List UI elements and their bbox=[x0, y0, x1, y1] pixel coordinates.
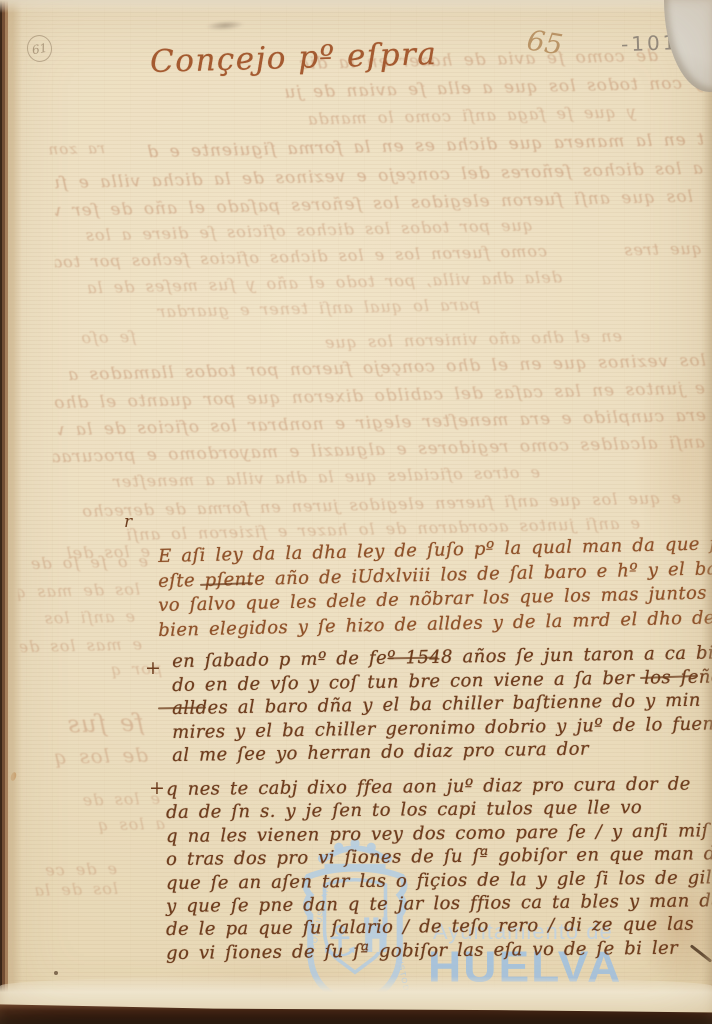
bleedthrough-line: y con todos los que a ella ſe avian de j… bbox=[283, 73, 703, 103]
bleedthrough-line: dela dha villa, por todo el año y ſus me… bbox=[80, 268, 562, 298]
bleedthrough-line: ſe oſo bbox=[52, 327, 136, 348]
intro-paragraph-line: bien elegidos y ſe hizo de alldes y de l… bbox=[158, 603, 712, 640]
bleedthrough-line: e los de bbox=[60, 789, 160, 810]
ink-dot-bottom-left bbox=[54, 971, 58, 975]
paragraph-marker: + bbox=[149, 777, 165, 799]
folio-number-circled: 61 bbox=[25, 33, 54, 64]
bleedthrough-line: e los del bbox=[38, 542, 150, 564]
bleedthrough-line: fe ſus bbox=[26, 709, 145, 740]
bleedthrough-line: los de la q bbox=[22, 879, 118, 900]
bleedthrough-line: de los q bbox=[30, 743, 149, 770]
stain-bottom-center bbox=[120, 930, 450, 1010]
folio-number-ink: 65 bbox=[525, 23, 565, 61]
manuscript-page: de como ſe avia de hazer en la dicha vil… bbox=[0, 0, 712, 1024]
page-edge-top bbox=[0, 0, 712, 13]
folio-circled-value: 61 bbox=[31, 40, 48, 56]
watermark-huelva-text: HUELVA bbox=[428, 941, 622, 992]
entry-1548-paragraph-line: do en de vſo y coſ tun bre con viene a ſ… bbox=[172, 665, 712, 695]
bleedthrough-line: que tres bbox=[598, 239, 702, 260]
ink-overline-1 bbox=[200, 582, 252, 586]
ink-strikethrough-1 bbox=[158, 707, 206, 710]
manuscript-heading: Conçejo pº eſpra bbox=[150, 36, 438, 80]
binding-edge-left bbox=[0, 0, 22, 1024]
bleedthrough-line: e de ce bbox=[35, 859, 117, 880]
bleedthrough-line: como fueron los e los dichos oficios fec… bbox=[55, 241, 547, 271]
bleedthrough-line: a los dichos ſeñores del conçejo e vezin… bbox=[55, 159, 703, 194]
bleedthrough-line: que por todos los dichos oficios ſe dier… bbox=[55, 216, 533, 246]
ink-smudge-top bbox=[198, 17, 253, 34]
bleedthrough-line: a los q bbox=[75, 814, 165, 835]
bleedthrough-line: los que anſi fueron elegidos los ſeñores… bbox=[55, 187, 693, 221]
bleedthrough-line: en el dho año vinieron los que bbox=[298, 326, 622, 352]
bleedthrough-line: e anſi los bbox=[23, 607, 135, 629]
paragraph-marker: + bbox=[145, 657, 161, 679]
capitulos-paragraph-line: q nes te cabj dixo ffea aon juº diaz pro… bbox=[166, 774, 691, 800]
bleedthrough-line: y que ſe faga anſi como lo manda el dho bbox=[298, 102, 636, 129]
watermark-institution-text: Ayuntamiento de bbox=[433, 919, 613, 945]
orange-fleck bbox=[10, 771, 18, 781]
stain-right-mid bbox=[590, 320, 712, 600]
bleedthrough-line: e otros oficiales que la dha villa a men… bbox=[58, 463, 540, 493]
paragraph-marker: r bbox=[124, 512, 132, 532]
page-number-pencil: -101- bbox=[621, 30, 689, 56]
bleedthrough-line: para lo qual anſi tener e guardar bbox=[118, 295, 480, 322]
bleedthrough-line: t en la manera que dicha es en la forma … bbox=[148, 130, 704, 163]
entry-1548-paragraph-line: en ſabado p mº de feº 1548 años ſe jun t… bbox=[172, 642, 712, 672]
bleedthrough-line: los de mas q bbox=[18, 580, 140, 602]
capitulos-paragraph-line: da de ſn s. y je ſen to los capi tulos q… bbox=[166, 797, 642, 823]
bleedthrough-line: e mas los de bbox=[20, 635, 142, 657]
entry-1548-paragraph-line: alldes al baro dña y el ba chiller baſti… bbox=[172, 690, 701, 719]
entry-1548-paragraph-line: al me ſee yo herran do diaz pro cura dor bbox=[172, 739, 589, 767]
bleedthrough-line: por q bbox=[66, 659, 162, 680]
entry-1548-paragraph-line: mires y el ba chiller geronimo dobrio y … bbox=[172, 713, 712, 743]
stain-right-bottom bbox=[615, 840, 712, 1010]
ink-underline-1 bbox=[640, 675, 698, 679]
bleedthrough-line: e o ſe ſo de bbox=[16, 552, 148, 574]
bleedthrough-line: ra zon bbox=[33, 139, 105, 159]
bleedthrough-line: e anſi juntos acordaron de lo hazer e fi… bbox=[68, 514, 640, 546]
ink-overline-2 bbox=[388, 657, 438, 660]
